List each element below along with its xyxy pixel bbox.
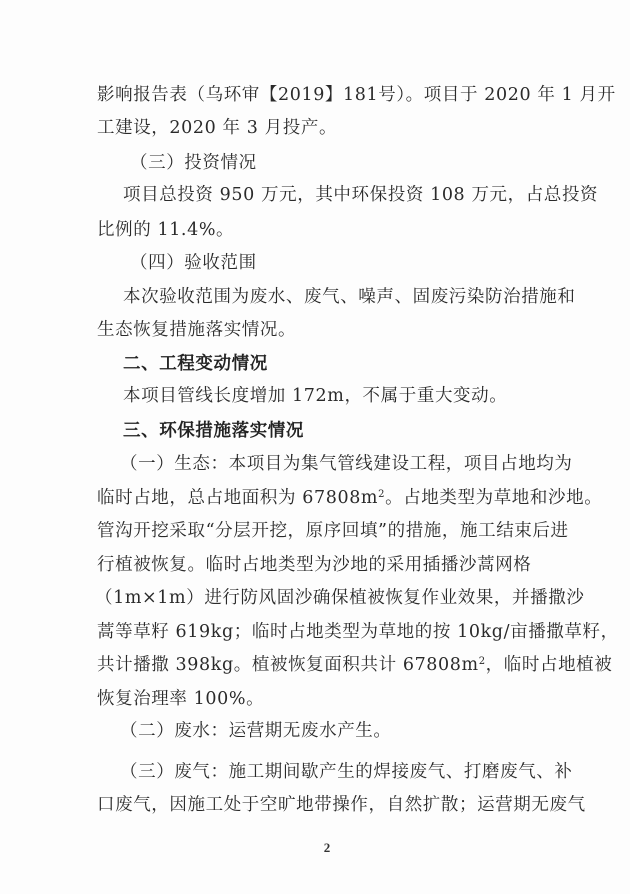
paragraph-line: 临时占地，总占地面积为 67808m2。占地类型为草地和沙地。 (97, 487, 557, 509)
page-number: 2 (320, 840, 334, 856)
paragraph-line: （二）废水：运营期无废水产生。 (120, 720, 580, 742)
heading-environmental-measures: 三、环保措施落实情况 (123, 420, 583, 442)
paragraph-line: 生态恢复措施落实情况。 (97, 319, 557, 341)
paragraph-line: 管沟开挖采取“分层开挖，原序回填”的措施，施工结束后进 (97, 520, 557, 542)
document-page: 影响报告表（乌环审【2019】181号）。项目于 2020 年 1 月开 工建设… (0, 0, 630, 894)
paragraph-line: 共计播撒 398kg。植被恢复面积共计 67808m2，临时占地植被 (97, 654, 557, 676)
paragraph-line: （1m×1m）进行防风固沙确保植被恢复作业效果，并播撒沙 (95, 587, 555, 609)
paragraph-line: 口废气，因施工处于空旷地带操作，自然扩散；运营期无废气 (97, 794, 557, 816)
paragraph-line: 项目总投资 950 万元，其中环保投资 108 万元，占总投资 (123, 184, 583, 206)
paragraph-line: 工建设，2020 年 3 月投产。 (97, 117, 557, 139)
paragraph-line: 行植被恢复。临时占地类型为沙地的采用插播沙蒿网格 (97, 554, 557, 576)
paragraph-line: 比例的 11.4%。 (97, 219, 557, 241)
paragraph-line: （一）生态：本项目为集气管线建设工程，项目占地均为 (120, 453, 580, 475)
heading-engineering-changes: 二、工程变动情况 (123, 353, 583, 375)
paragraph-line: 影响报告表（乌环审【2019】181号）。项目于 2020 年 1 月开 (97, 84, 557, 106)
paragraph-line: 恢复治理率 100%。 (97, 688, 557, 710)
section-heading-investment: （三）投资情况 (130, 152, 590, 174)
paragraph-line: 本项目管线长度增加 172m，不属于重大变动。 (123, 385, 583, 407)
paragraph-line: 本次验收范围为废水、废气、噪声、固废污染防治措施和 (123, 286, 583, 308)
paragraph-line: （三）废气：施工期间歇产生的焊接废气、打磨废气、补 (120, 761, 580, 783)
section-heading-scope: （四）验收范围 (130, 252, 590, 274)
paragraph-line: 蒿等草籽 619kg；临时占地类型为草地的按 10kg/亩播撒草籽， (97, 621, 557, 643)
